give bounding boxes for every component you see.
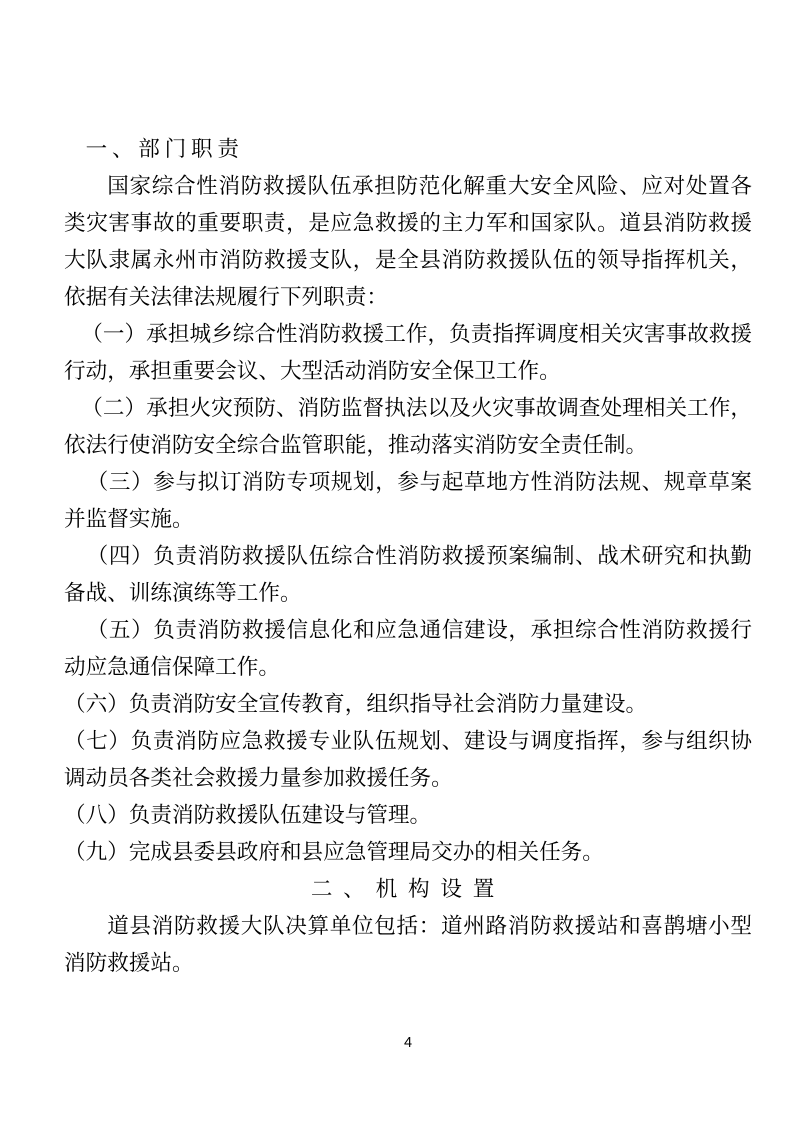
duty-item-6: （六）负责消防安全宣传教育，组织指导社会消防力量建设。 bbox=[64, 685, 752, 722]
duty-item-2: （二）承担火灾预防、消防监督执法以及火灾事故调查处理相关工作，依法行使消防安全综… bbox=[64, 389, 752, 463]
section-1-heading: 一、部门职责 bbox=[64, 130, 752, 167]
duty-item-4: （四）负责消防救援队伍综合性消防救援预案编制、战术研究和执勤备战、训练演练等工作… bbox=[64, 537, 752, 611]
duty-item-3: （三）参与拟订消防专项规划，参与起草地方性消防法规、规章草案并监督实施。 bbox=[64, 463, 752, 537]
document-body: 一、部门职责 国家综合性消防救援队伍承担防范化解重大安全风险、应对处置各类灾害事… bbox=[64, 130, 752, 981]
duty-item-9: （九）完成县委县政府和县应急管理局交办的相关任务。 bbox=[64, 833, 752, 870]
section-2-heading: 二、机构设置 bbox=[64, 870, 752, 907]
duty-item-7: （七）负责消防应急救援专业队伍规划、建设与调度指挥，参与组织协调动员各类社会救援… bbox=[64, 722, 752, 796]
duty-item-1: （一）承担城乡综合性消防救援工作，负责指挥调度相关灾害事故救援行动，承担重要会议… bbox=[64, 315, 752, 389]
duty-item-8: （八）负责消防救援队伍建设与管理。 bbox=[64, 796, 752, 833]
document-page: 一、部门职责 国家综合性消防救援队伍承担防范化解重大安全风险、应对处置各类灾害事… bbox=[0, 0, 793, 1122]
section-1-intro-paragraph: 国家综合性消防救援队伍承担防范化解重大安全风险、应对处置各类灾害事故的重要职责，… bbox=[64, 167, 752, 315]
duty-item-5: （五）负责消防救援信息化和应急通信建设，承担综合性消防救援行动应急通信保障工作。 bbox=[64, 611, 752, 685]
page-number: 4 bbox=[64, 1033, 752, 1053]
section-2-body-paragraph: 道县消防救援大队决算单位包括：道州路消防救援站和喜鹊塘小型消防救援站。 bbox=[64, 907, 752, 981]
